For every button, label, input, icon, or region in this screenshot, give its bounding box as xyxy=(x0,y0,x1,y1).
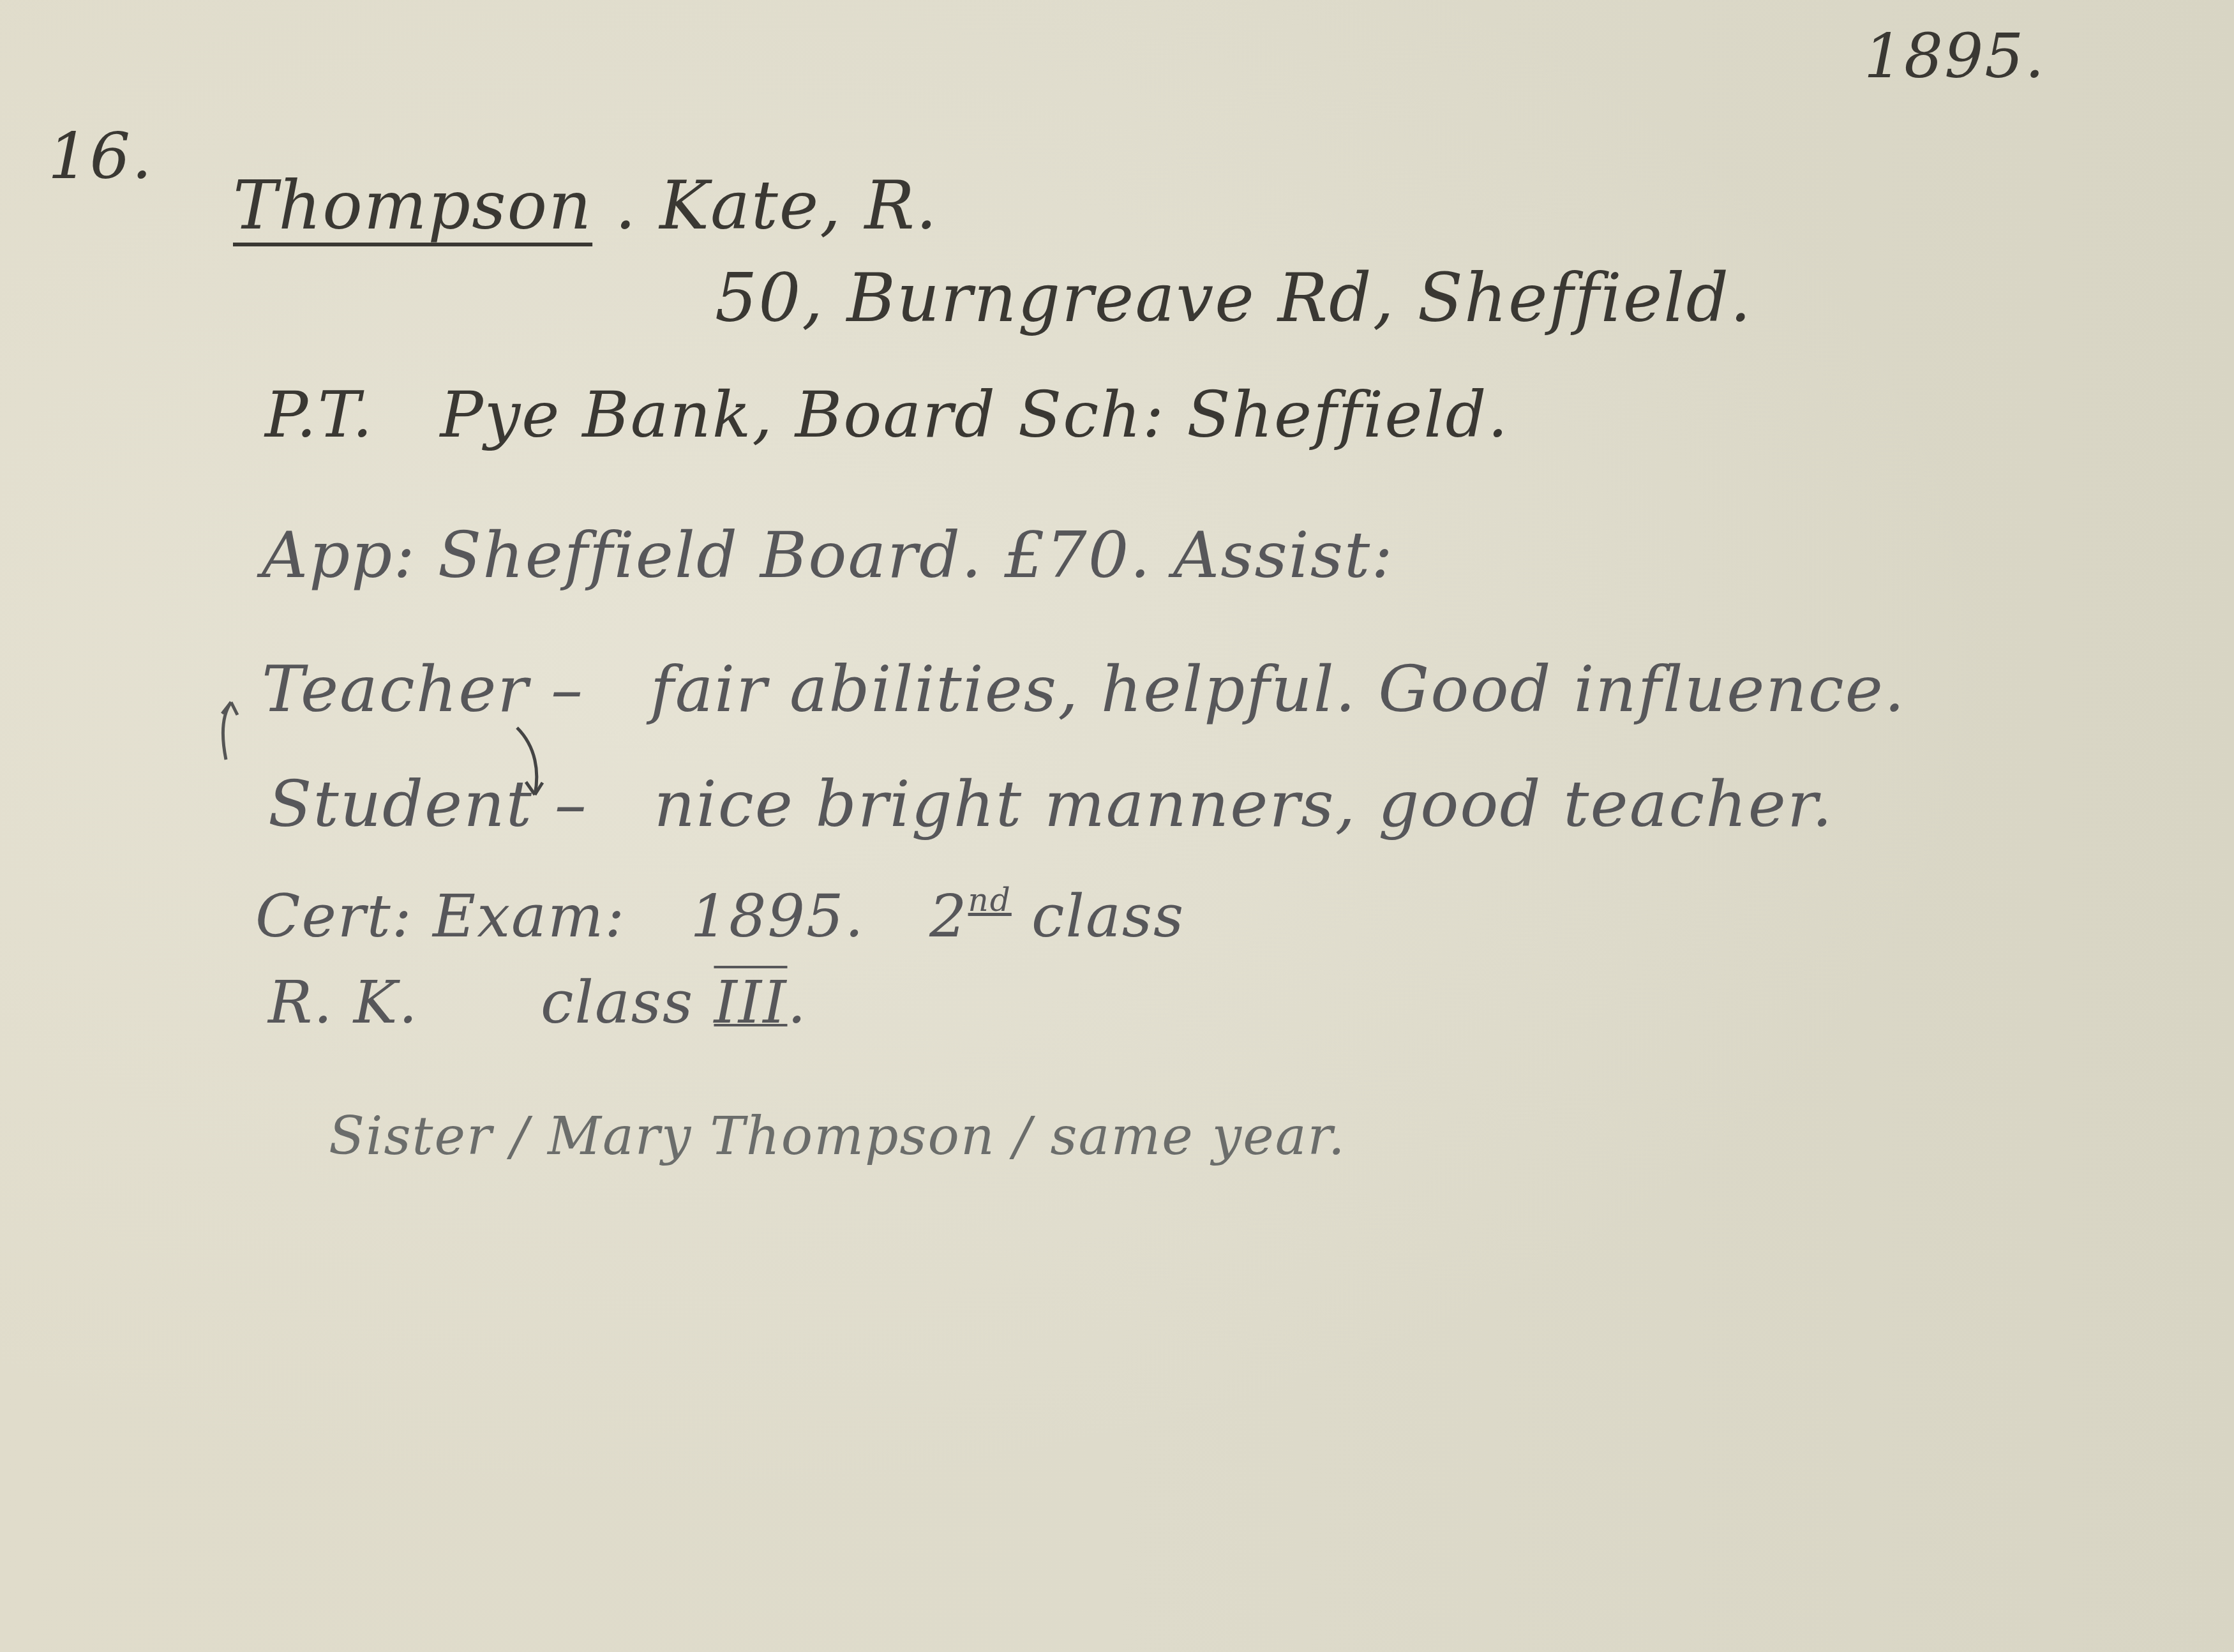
rk-class-numeral: III xyxy=(714,968,787,1037)
certificate-label: Cert: Exam: xyxy=(255,882,626,950)
appointment-value: Sheffield Board. £70. Assist: xyxy=(438,518,1394,592)
pupil-teacher-label: P.T. xyxy=(265,383,374,447)
certificate-class-number: 2 xyxy=(929,882,968,950)
document-page: 1895. 16. Thompson . Kate, R. 50, Burngr… xyxy=(0,0,2234,1652)
name-line: Thompson . Kate, R. xyxy=(233,172,938,239)
certificate-class-suffix: nd xyxy=(968,882,1012,919)
pupil-teacher-line: P.T. Pye Bank, Board Sch: Sheffield. xyxy=(265,383,1509,447)
appointment-line: App: Sheffield Board. £70. Assist: xyxy=(262,523,1394,587)
pupil-teacher-value: Pye Bank, Board Sch: Sheffield. xyxy=(440,377,1509,452)
teacher-report-value: fair abilities, helpful. Good influence. xyxy=(650,652,1906,726)
name-separator: . xyxy=(615,167,637,244)
given-names: Kate, R. xyxy=(659,167,938,244)
certificate-class-word: class xyxy=(1031,882,1185,950)
rk-line: R. K. class III. xyxy=(268,973,807,1032)
rk-trailing: . xyxy=(788,968,807,1037)
student-report-value: nice bright manners, good teacher. xyxy=(654,767,1833,841)
student-report-line: Student – nice bright manners, good teac… xyxy=(268,772,1834,836)
entry-number: 16. xyxy=(48,124,153,188)
appointment-label: App: xyxy=(262,523,416,587)
sister-note: Sister / Mary Thompson / same year. xyxy=(329,1111,1346,1163)
rk-label: R. K. xyxy=(268,968,419,1037)
teacher-report-line: Teacher – fair abilities, helpful. Good … xyxy=(262,657,1906,721)
certificate-line: Cert: Exam: 1895. 2nd class xyxy=(255,884,1185,946)
year-header: 1895. xyxy=(1864,26,2046,87)
address: 50, Burngreave Rd, Sheffield. xyxy=(715,265,1752,331)
rk-class-word: class xyxy=(541,968,694,1037)
student-report-label: Student – xyxy=(268,772,588,836)
certificate-year: 1895. xyxy=(690,882,864,950)
surname: Thompson xyxy=(233,167,592,244)
teacher-report-label: Teacher – xyxy=(262,657,584,721)
